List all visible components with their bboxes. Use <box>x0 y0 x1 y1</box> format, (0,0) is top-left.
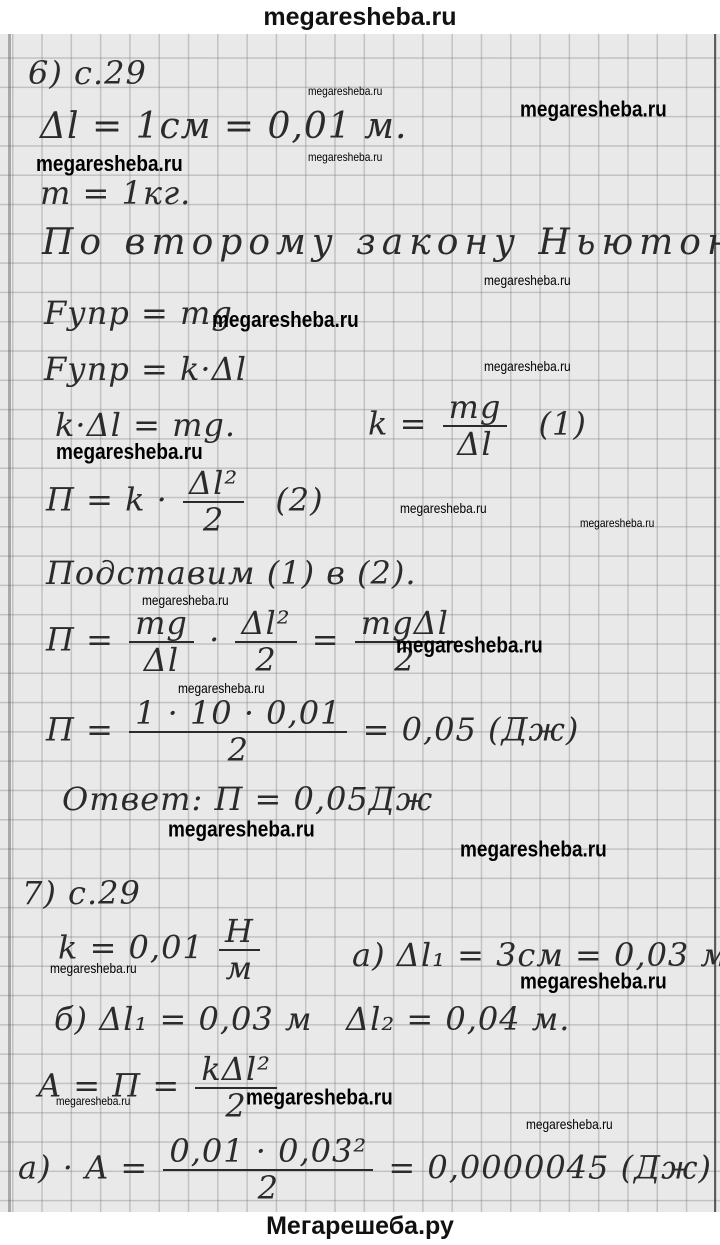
watermark: megaresheba.ru <box>484 272 571 288</box>
watermark: megaresheba.ru <box>580 516 654 530</box>
site-footer: Мегарешеба.ру <box>0 1208 720 1245</box>
s-numerator-2: Δl² <box>235 606 296 643</box>
problem-7-heading: 7) с.29 <box>22 874 141 912</box>
potential-energy-formula: П = k · Δl² 2 (2) <box>46 466 324 538</box>
k-lhs: k = <box>368 405 427 443</box>
k7-numerator: Н <box>219 914 260 951</box>
c-result: = 0,05 (Дж) <box>363 711 580 749</box>
case-a-delta-l: а) Δl₁ = 3см = 0,03 м. <box>352 936 720 974</box>
notebook-page: 6) с.29 Δl = 1см = 0,01 м. m = 1кг. По в… <box>0 34 720 1212</box>
watermark: megaresheba.ru <box>484 358 571 374</box>
calc-result: = 0,0000045 (Дж) <box>388 1149 712 1187</box>
work-formula: A = П = kΔl² 2 <box>38 1052 281 1124</box>
mass-line: m = 1кг. <box>40 174 191 212</box>
answer-line: Ответ: П = 0,05Дж <box>62 780 433 818</box>
p-numerator: Δl² <box>183 466 244 503</box>
substitute-line: Подставим (1) в (2). <box>46 554 417 592</box>
case-b-delta-l2: Δl₂ = 0,04 м. <box>346 1000 570 1038</box>
k-denominator: Δl <box>457 427 492 462</box>
watermark: megaresheba.ru <box>212 308 359 333</box>
calc-lhs: а) · A = <box>18 1149 148 1187</box>
watermark: megaresheba.ru <box>168 818 315 843</box>
watermark: megaresheba.ru <box>520 970 667 995</box>
watermark: megaresheba.ru <box>400 500 487 516</box>
calc-denominator: 2 <box>258 1171 279 1206</box>
s-dot: · <box>209 621 220 659</box>
case-b-delta-l1: б) Δl₁ = 0,03 м <box>54 1000 312 1038</box>
calculation-line: П = 1 · 10 · 0,01 2 = 0,05 (Дж) <box>46 696 579 768</box>
k-tag: (1) <box>539 405 587 443</box>
c-lhs: П = <box>46 711 114 749</box>
delta-l-line: Δl = 1см = 0,01 м. <box>40 106 407 147</box>
calc-fraction: 0,01 · 0,03² 2 <box>163 1134 373 1206</box>
watermark: megaresheba.ru <box>246 1086 393 1111</box>
watermark: megaresheba.ru <box>460 838 607 863</box>
a-numerator: kΔl² <box>195 1052 277 1089</box>
watermark: megaresheba.ru <box>142 592 229 608</box>
s-lhs: П = <box>46 621 114 659</box>
site-header: megaresheba.ru <box>0 0 720 34</box>
p-tag: (2) <box>275 481 323 519</box>
watermark: megaresheba.ru <box>56 1094 130 1108</box>
k-fraction: mg Δl <box>443 390 508 462</box>
p-lhs: П = k · <box>46 481 168 519</box>
s-denominator-2: 2 <box>255 643 276 678</box>
k-numerator: mg <box>443 390 508 427</box>
calc-numerator: 0,01 · 0,03² <box>163 1134 373 1171</box>
equality-line: k·Δl = mg. <box>55 406 236 444</box>
watermark: megaresheba.ru <box>526 1116 613 1132</box>
c-numerator: 1 · 10 · 0,01 <box>129 696 347 733</box>
s-equals: = <box>312 621 340 659</box>
case-a-calculation: а) · A = 0,01 · 0,03² 2 = 0,0000045 (Дж) <box>18 1134 712 1206</box>
k7-denominator: м <box>226 951 254 986</box>
c-fraction: 1 · 10 · 0,01 2 <box>129 696 347 768</box>
force-mg-line: Fупр = mg <box>44 294 233 332</box>
force-kdl-line: Fупр = k·Δl <box>44 350 247 388</box>
p-fraction: Δl² 2 <box>183 466 244 538</box>
k7-fraction: Н м <box>219 914 260 986</box>
s-denominator-1: Δl <box>144 643 179 678</box>
watermark: megaresheba.ru <box>36 152 183 177</box>
a-denominator: 2 <box>225 1089 246 1124</box>
newton-law-line: По второму закону Ньютона <box>42 222 720 263</box>
watermark: megaresheba.ru <box>520 98 667 123</box>
s-fraction-1: mg Δl <box>129 606 194 678</box>
watermark: megaresheba.ru <box>308 150 382 164</box>
watermark: megaresheba.ru <box>396 634 543 659</box>
c-denominator: 2 <box>228 733 249 768</box>
watermark: megaresheba.ru <box>308 84 382 98</box>
watermark: megaresheba.ru <box>56 440 203 465</box>
watermark: megaresheba.ru <box>178 680 265 696</box>
watermark: megaresheba.ru <box>50 960 137 976</box>
s-numerator-1: mg <box>129 606 194 643</box>
p-denominator: 2 <box>203 503 224 538</box>
k-formula: k = mg Δl (1) <box>368 390 587 462</box>
s-fraction-2: Δl² 2 <box>235 606 296 678</box>
problem-6-heading: 6) с.29 <box>28 54 147 92</box>
